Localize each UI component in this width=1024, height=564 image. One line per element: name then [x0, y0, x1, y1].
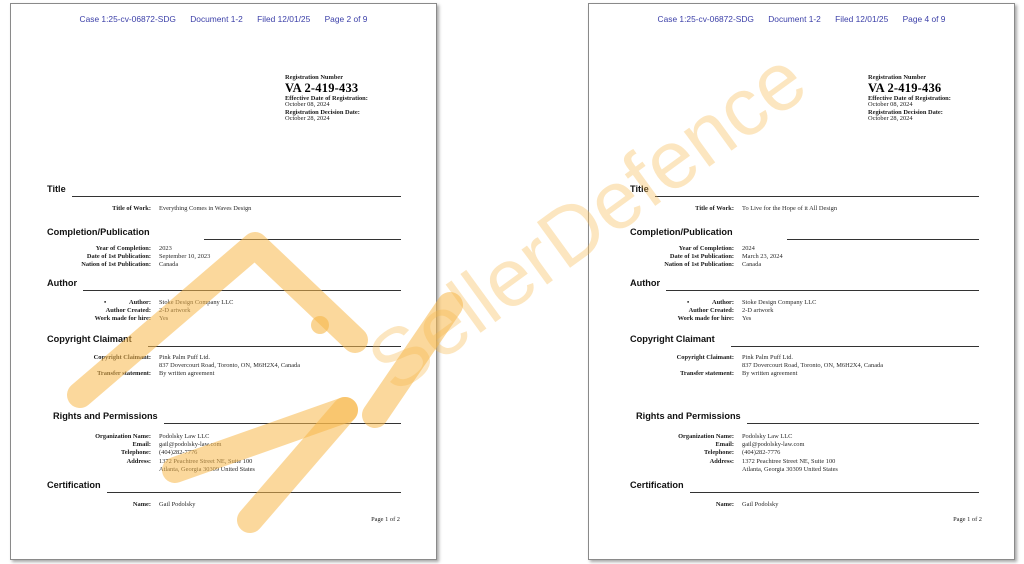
- field-label: Organization Name:: [11, 433, 159, 441]
- field-label: Address:: [11, 458, 159, 466]
- field-label: Copyright Claimant:: [594, 354, 742, 362]
- section-rule: [148, 346, 401, 347]
- section-rights-heading: Rights and Permissions: [636, 412, 979, 421]
- completion-fields: Year of Completion:2024 Date of 1st Publ…: [594, 245, 1019, 270]
- field-row: Date of 1st Publication:September 10, 20…: [11, 253, 436, 261]
- field-value: September 10, 2023: [159, 253, 210, 261]
- section-rule: [107, 492, 401, 493]
- field-label: Telephone:: [594, 449, 742, 457]
- field-label: Title of Work:: [594, 205, 742, 213]
- field-label: [594, 362, 742, 370]
- title-of-work: To Live for the Hope of it All Design: [742, 205, 837, 213]
- field-row: 837 Dovercourt Road, Toronto, ON, M6H2X4…: [11, 362, 436, 370]
- section-rights-heading: Rights and Permissions: [53, 412, 401, 421]
- section-rule: [787, 239, 979, 240]
- section-heading: Copyright Claimant: [47, 335, 138, 344]
- section-heading: Author: [47, 279, 83, 288]
- field-value: 1372 Peachtree Street NE, Suite 100: [742, 458, 835, 466]
- field-label: Date of 1st Publication:: [594, 253, 742, 261]
- title-fields: Title of Work: Everything Comes in Waves…: [11, 205, 436, 213]
- field-value: 2-D artwork: [159, 307, 190, 315]
- field-value: 1372 Peachtree Street NE, Suite 100: [159, 458, 252, 466]
- field-row: Telephone:(404)282-7776: [11, 449, 436, 457]
- decision-date: October 28, 2024: [285, 116, 368, 122]
- field-row: Organization Name:Podolsky Law LLC: [594, 433, 1019, 441]
- page-indicator: Page 4 of 9: [903, 14, 946, 24]
- field-label: •Author:: [594, 299, 742, 307]
- decision-date: October 28, 2024: [868, 116, 951, 122]
- rights-fields: Organization Name:Podolsky Law LLC Email…: [11, 433, 436, 474]
- section-heading: Rights and Permissions: [53, 412, 164, 421]
- field-row: Atlanta, Georgia 30309 United States: [594, 466, 1019, 474]
- page-indicator: Page 2 of 9: [325, 14, 368, 24]
- field-row: Address:1372 Peachtree Street NE, Suite …: [11, 458, 436, 466]
- field-label: Email:: [11, 441, 159, 449]
- field-label: •Author:: [11, 299, 159, 307]
- registration-block: Registration Number VA 2-419-436 Effecti…: [868, 75, 951, 124]
- field-label: Year of Completion:: [594, 245, 742, 253]
- field-value: Pink Palm Puff Ltd.: [159, 354, 210, 362]
- certification-fields: Name:Gail Podolsky: [11, 501, 436, 509]
- section-rule: [655, 196, 979, 197]
- section-rule: [72, 196, 401, 197]
- field-label: Title of Work:: [11, 205, 159, 213]
- field-row: Email:gail@podolsky-law.com: [594, 441, 1019, 449]
- field-label: Author Created:: [594, 307, 742, 315]
- section-heading: Copyright Claimant: [630, 335, 721, 344]
- section-author-heading: Author: [630, 279, 979, 288]
- field-value: gail@podolsky-law.com: [742, 441, 804, 449]
- effective-date: October 08, 2024: [285, 102, 368, 108]
- bullet-icon: •: [687, 299, 689, 307]
- field-row: Email:gail@podolsky-law.com: [11, 441, 436, 449]
- section-title-heading: Title: [630, 185, 979, 194]
- section-rule: [666, 290, 979, 291]
- section-heading: Author: [630, 279, 666, 288]
- filed-date: Filed 12/01/25: [835, 14, 888, 24]
- title-of-work: Everything Comes in Waves Design: [159, 205, 251, 213]
- field-label: [11, 466, 159, 474]
- field-row: 837 Dovercourt Road, Toronto, ON, M6H2X4…: [594, 362, 1019, 370]
- field-value: By written agreement: [742, 370, 797, 378]
- case-header: Case 1:25-cv-06872-SDG Document 1-2 File…: [589, 14, 1014, 24]
- section-heading: Completion/Publication: [630, 228, 739, 237]
- registration-block: Registration Number VA 2-419-433 Effecti…: [285, 75, 368, 124]
- field-value: 2024: [742, 245, 755, 253]
- document-page-left: Case 1:25-cv-06872-SDG Document 1-2 File…: [10, 3, 437, 560]
- field-label: [594, 466, 742, 474]
- field-row: Name:Gail Podolsky: [594, 501, 1019, 509]
- field-row: Work made for hire:Yes: [11, 315, 436, 323]
- field-label: Author Created:: [11, 307, 159, 315]
- case-number: Case 1:25-cv-06872-SDG: [80, 14, 176, 24]
- section-author-heading: Author: [47, 279, 401, 288]
- field-value: Stoke Design Company LLC: [742, 299, 816, 307]
- registration-number: VA 2-419-436: [868, 82, 951, 95]
- claimant-fields: Copyright Claimant:Pink Palm Puff Ltd. 8…: [11, 354, 436, 379]
- section-heading: Completion/Publication: [47, 228, 156, 237]
- author-fields: •Author:Stoke Design Company LLC Author …: [11, 299, 436, 324]
- field-label: Date of 1st Publication:: [11, 253, 159, 261]
- field-label: Year of Completion:: [11, 245, 159, 253]
- field-row: Title of Work: To Live for the Hope of i…: [594, 205, 1019, 213]
- case-header: Case 1:25-cv-06872-SDG Document 1-2 File…: [11, 14, 436, 24]
- field-row: Telephone:(404)282-7776: [594, 449, 1019, 457]
- section-rule: [690, 492, 979, 493]
- section-heading: Title: [630, 185, 655, 194]
- field-value: (404)282-7776: [159, 449, 197, 457]
- field-row: Copyright Claimant:Pink Palm Puff Ltd.: [594, 354, 1019, 362]
- section-heading: Certification: [47, 481, 107, 490]
- field-value: Gail Podolsky: [159, 501, 195, 509]
- section-claimant-heading: Copyright Claimant: [47, 335, 401, 344]
- section-heading: Title: [47, 185, 72, 194]
- section-heading: Rights and Permissions: [636, 412, 747, 421]
- field-label: Organization Name:: [594, 433, 742, 441]
- field-row: Date of 1st Publication:March 23, 2024: [594, 253, 1019, 261]
- field-value: 2-D artwork: [742, 307, 773, 315]
- field-label: Transfer statement:: [594, 370, 742, 378]
- field-value: Yes: [742, 315, 751, 323]
- field-row: Author Created:2-D artwork: [11, 307, 436, 315]
- field-value: Gail Podolsky: [742, 501, 778, 509]
- field-value: Stoke Design Company LLC: [159, 299, 233, 307]
- claimant-fields: Copyright Claimant:Pink Palm Puff Ltd. 8…: [594, 354, 1019, 379]
- field-value: By written agreement: [159, 370, 214, 378]
- document-number: Document 1-2: [768, 14, 821, 24]
- field-row: Nation of 1st Publication:Canada: [594, 261, 1019, 269]
- field-row: Work made for hire:Yes: [594, 315, 1019, 323]
- page-footer: Page 1 of 2: [371, 516, 400, 523]
- section-completion-heading: Completion/Publication: [630, 228, 979, 237]
- section-claimant-heading: Copyright Claimant: [630, 335, 979, 344]
- field-row: Transfer statement:By written agreement: [594, 370, 1019, 378]
- field-row: Organization Name:Podolsky Law LLC: [11, 433, 436, 441]
- field-label: [11, 362, 159, 370]
- field-label: Name:: [11, 501, 159, 509]
- field-value: 837 Dovercourt Road, Toronto, ON, M6H2X4…: [742, 362, 883, 370]
- field-value: March 23, 2024: [742, 253, 783, 261]
- field-label: Address:: [594, 458, 742, 466]
- field-value: gail@podolsky-law.com: [159, 441, 221, 449]
- field-row: Address:1372 Peachtree Street NE, Suite …: [594, 458, 1019, 466]
- field-label: Nation of 1st Publication:: [594, 261, 742, 269]
- field-value: Podolsky Law LLC: [159, 433, 209, 441]
- field-value: (404)282-7776: [742, 449, 780, 457]
- field-label: Telephone:: [11, 449, 159, 457]
- field-label: Copyright Claimant:: [11, 354, 159, 362]
- field-value: 2023: [159, 245, 172, 253]
- field-row: Copyright Claimant:Pink Palm Puff Ltd.: [11, 354, 436, 362]
- effective-date: October 08, 2024: [868, 102, 951, 108]
- field-label: Transfer statement:: [11, 370, 159, 378]
- title-fields: Title of Work: To Live for the Hope of i…: [594, 205, 1019, 213]
- field-value: Canada: [159, 261, 178, 269]
- field-value: Yes: [159, 315, 168, 323]
- section-rule: [204, 239, 401, 240]
- section-rule: [731, 346, 979, 347]
- field-row: Year of Completion:2024: [594, 245, 1019, 253]
- field-row: Author Created:2-D artwork: [594, 307, 1019, 315]
- completion-fields: Year of Completion:2023 Date of 1st Publ…: [11, 245, 436, 270]
- field-row: Transfer statement:By written agreement: [11, 370, 436, 378]
- field-label: Name:: [594, 501, 742, 509]
- field-value: Atlanta, Georgia 30309 United States: [159, 466, 255, 474]
- field-label-text: Author:: [129, 299, 151, 306]
- author-fields: •Author:Stoke Design Company LLC Author …: [594, 299, 1019, 324]
- field-value: Podolsky Law LLC: [742, 433, 792, 441]
- section-heading: Certification: [630, 481, 690, 490]
- field-row: Name:Gail Podolsky: [11, 501, 436, 509]
- field-value: Pink Palm Puff Ltd.: [742, 354, 793, 362]
- field-value: Canada: [742, 261, 761, 269]
- field-value: Atlanta, Georgia 30309 United States: [742, 466, 838, 474]
- field-row: •Author:Stoke Design Company LLC: [594, 299, 1019, 307]
- section-certification-heading: Certification: [630, 481, 979, 490]
- document-page-right: Case 1:25-cv-06872-SDG Document 1-2 File…: [588, 3, 1015, 560]
- field-row: Year of Completion:2023: [11, 245, 436, 253]
- filed-date: Filed 12/01/25: [257, 14, 310, 24]
- field-label: Work made for hire:: [11, 315, 159, 323]
- field-label: Work made for hire:: [594, 315, 742, 323]
- rights-fields: Organization Name:Podolsky Law LLC Email…: [594, 433, 1019, 474]
- field-label: Nation of 1st Publication:: [11, 261, 159, 269]
- document-number: Document 1-2: [190, 14, 243, 24]
- field-label-text: Author:: [712, 299, 734, 306]
- section-rule: [83, 290, 401, 291]
- case-number: Case 1:25-cv-06872-SDG: [658, 14, 754, 24]
- section-rule: [164, 423, 401, 424]
- bullet-icon: •: [104, 299, 106, 307]
- field-row: Atlanta, Georgia 30309 United States: [11, 466, 436, 474]
- field-value: 837 Dovercourt Road, Toronto, ON, M6H2X4…: [159, 362, 300, 370]
- page-footer: Page 1 of 2: [953, 516, 982, 523]
- field-label: Email:: [594, 441, 742, 449]
- registration-number: VA 2-419-433: [285, 82, 368, 95]
- certification-fields: Name:Gail Podolsky: [594, 501, 1019, 509]
- section-title-heading: Title: [47, 185, 401, 194]
- section-rule: [747, 423, 979, 424]
- field-row: •Author:Stoke Design Company LLC: [11, 299, 436, 307]
- section-completion-heading: Completion/Publication: [47, 228, 401, 237]
- field-row: Nation of 1st Publication:Canada: [11, 261, 436, 269]
- section-certification-heading: Certification: [47, 481, 401, 490]
- field-row: Title of Work: Everything Comes in Waves…: [11, 205, 436, 213]
